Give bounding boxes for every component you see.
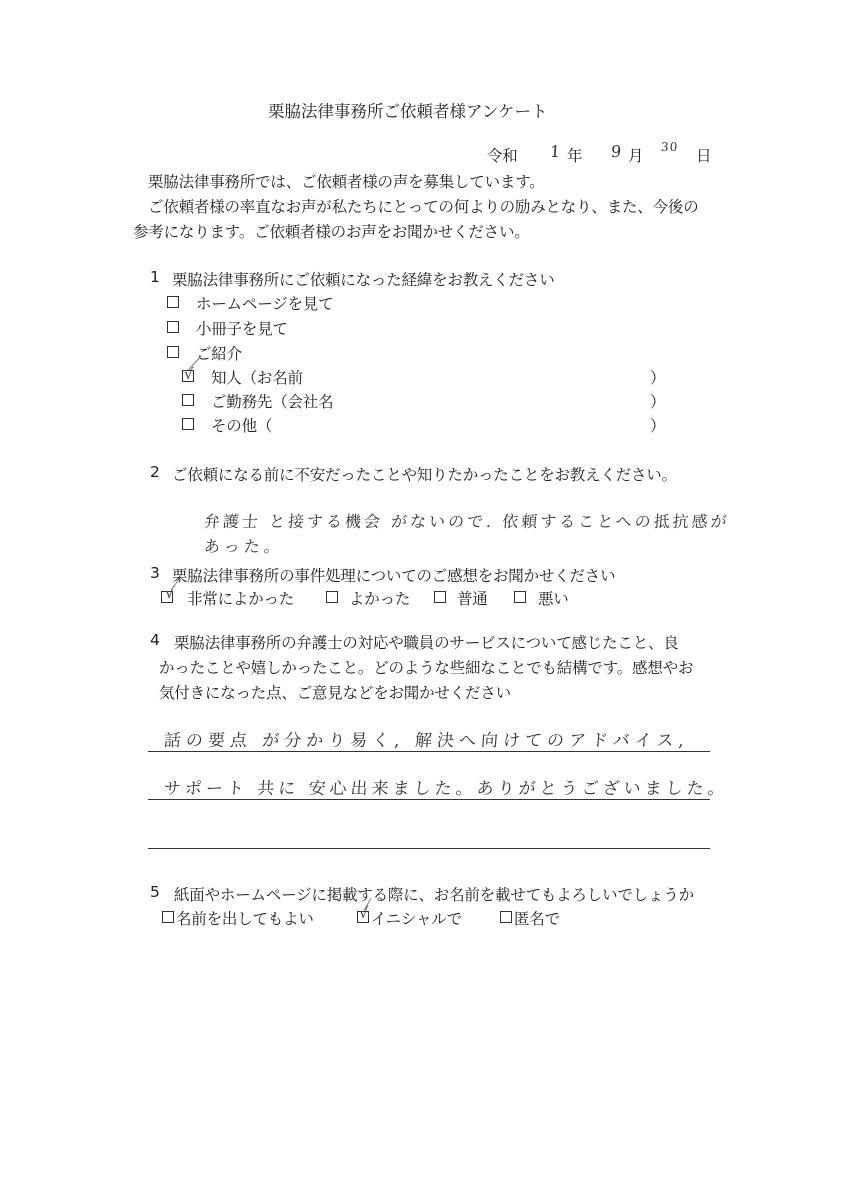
q1-question: 栗脇法律事務所にご依頼になった経緯をお教えください [172, 268, 555, 290]
q3-checkbox-average[interactable] [434, 591, 446, 603]
q1-sub-option-employer: ご勤務先（会社名 [211, 390, 333, 412]
q3-option-good: よかった [349, 587, 410, 609]
q5-checkbox-anonymous[interactable] [500, 911, 512, 923]
q5-option-full-name: 名前を出してもよい [176, 907, 314, 929]
intro-line-1: 栗脇法律事務所では、ご依頼者様の声を募集しています。 [148, 170, 545, 192]
q4-answer-line-1[interactable]: 話の要点 が分かり易く, 解決へ向けてのアドバイス, [163, 726, 690, 751]
date-year-value[interactable]: 1 [549, 142, 561, 161]
intro-line-3: 参考になります。ご依頼者様のお声をお聞かせください。 [133, 220, 530, 242]
q1-number: 1 [150, 268, 160, 286]
q5-checkbox-full-name[interactable] [162, 911, 174, 923]
q3-option-bad: 悪い [538, 587, 569, 609]
q1-checkbox-booklet[interactable] [167, 321, 179, 333]
answer-rule-2 [148, 799, 710, 800]
intro-line-2: ご依頼者様の率直なお声が私たちにとっての何よりの励みとなり、また、今後の [148, 195, 699, 217]
month-label: 月 [628, 144, 643, 166]
q1-checkbox-homepage[interactable] [167, 296, 179, 308]
q3-option-average: 普通 [457, 587, 488, 609]
q1-option-booklet: 小冊子を見て [196, 317, 288, 339]
q1-option-homepage: ホームページを見て [196, 292, 333, 314]
survey-title: 栗脇法律事務所ご依頼者様アンケート [268, 98, 548, 122]
q1-sub-close-paren-3: ） [650, 414, 666, 436]
q1-sub-close-paren-2: ） [650, 390, 666, 412]
year-label: 年 [567, 144, 582, 166]
q3-checkbox-bad[interactable] [514, 591, 526, 603]
q1-option-referral: ご紹介 [196, 342, 242, 364]
q5-option-initials: イニシャルで [371, 907, 462, 929]
q4-question-line-2: かったことや嬉しかったこと。どのような些細なことでも結構です。感想やお [159, 656, 693, 678]
q3-option-very-good: 非常によかった [187, 587, 294, 609]
answer-rule-3 [148, 848, 710, 849]
q4-number: 4 [150, 631, 160, 649]
q2-number: 2 [150, 463, 160, 481]
q4-answer-line-2[interactable]: サポート 共に 安心出来ました。ありがとうございました。 [163, 774, 730, 799]
q1-checkbox-employer[interactable] [182, 394, 194, 406]
q1-checkbox-referral[interactable] [167, 346, 179, 358]
q1-sub-close-paren-1: ） [650, 366, 666, 388]
q4-question-line-3: 気付きになった点、ご意見などをお聞かせください [159, 681, 511, 703]
date-day-value[interactable]: 30 [661, 140, 679, 154]
q5-question: 紙面やホームページに掲載する際に、お名前を載せてもよろしいでしょうか [174, 883, 694, 905]
q2-answer-line-2[interactable]: あった。 [203, 534, 284, 557]
date-month-value[interactable]: 9 [610, 142, 622, 161]
q5-number: 5 [150, 883, 160, 901]
q3-checkbox-good[interactable] [326, 591, 338, 603]
q5-option-anonymous: 匿名で [514, 907, 560, 929]
q1-sub-option-other: その他（ [211, 414, 272, 436]
day-label: 日 [696, 144, 711, 166]
era-label: 令和 [487, 144, 518, 166]
q4-question-line-1: 栗脇法律事務所の弁護士の対応や職員のサービスについて感じたこと、良 [174, 631, 679, 653]
q1-checkbox-other[interactable] [182, 418, 194, 430]
q3-number: 3 [150, 564, 160, 582]
q2-question: ご依頼になる前に不安だったことや知りたかったことをお教えください。 [172, 463, 677, 485]
q1-sub-option-acquaintance: 知人（お名前 [211, 366, 303, 388]
q2-answer-line-1[interactable]: 弁護士 と接する機会 がないので. 依頼することへの抵抗感が [203, 509, 730, 532]
answer-rule-1 [148, 751, 710, 752]
q3-question: 栗脇法律事務所の事件処理についてのご感想をお聞かせください [172, 564, 615, 586]
